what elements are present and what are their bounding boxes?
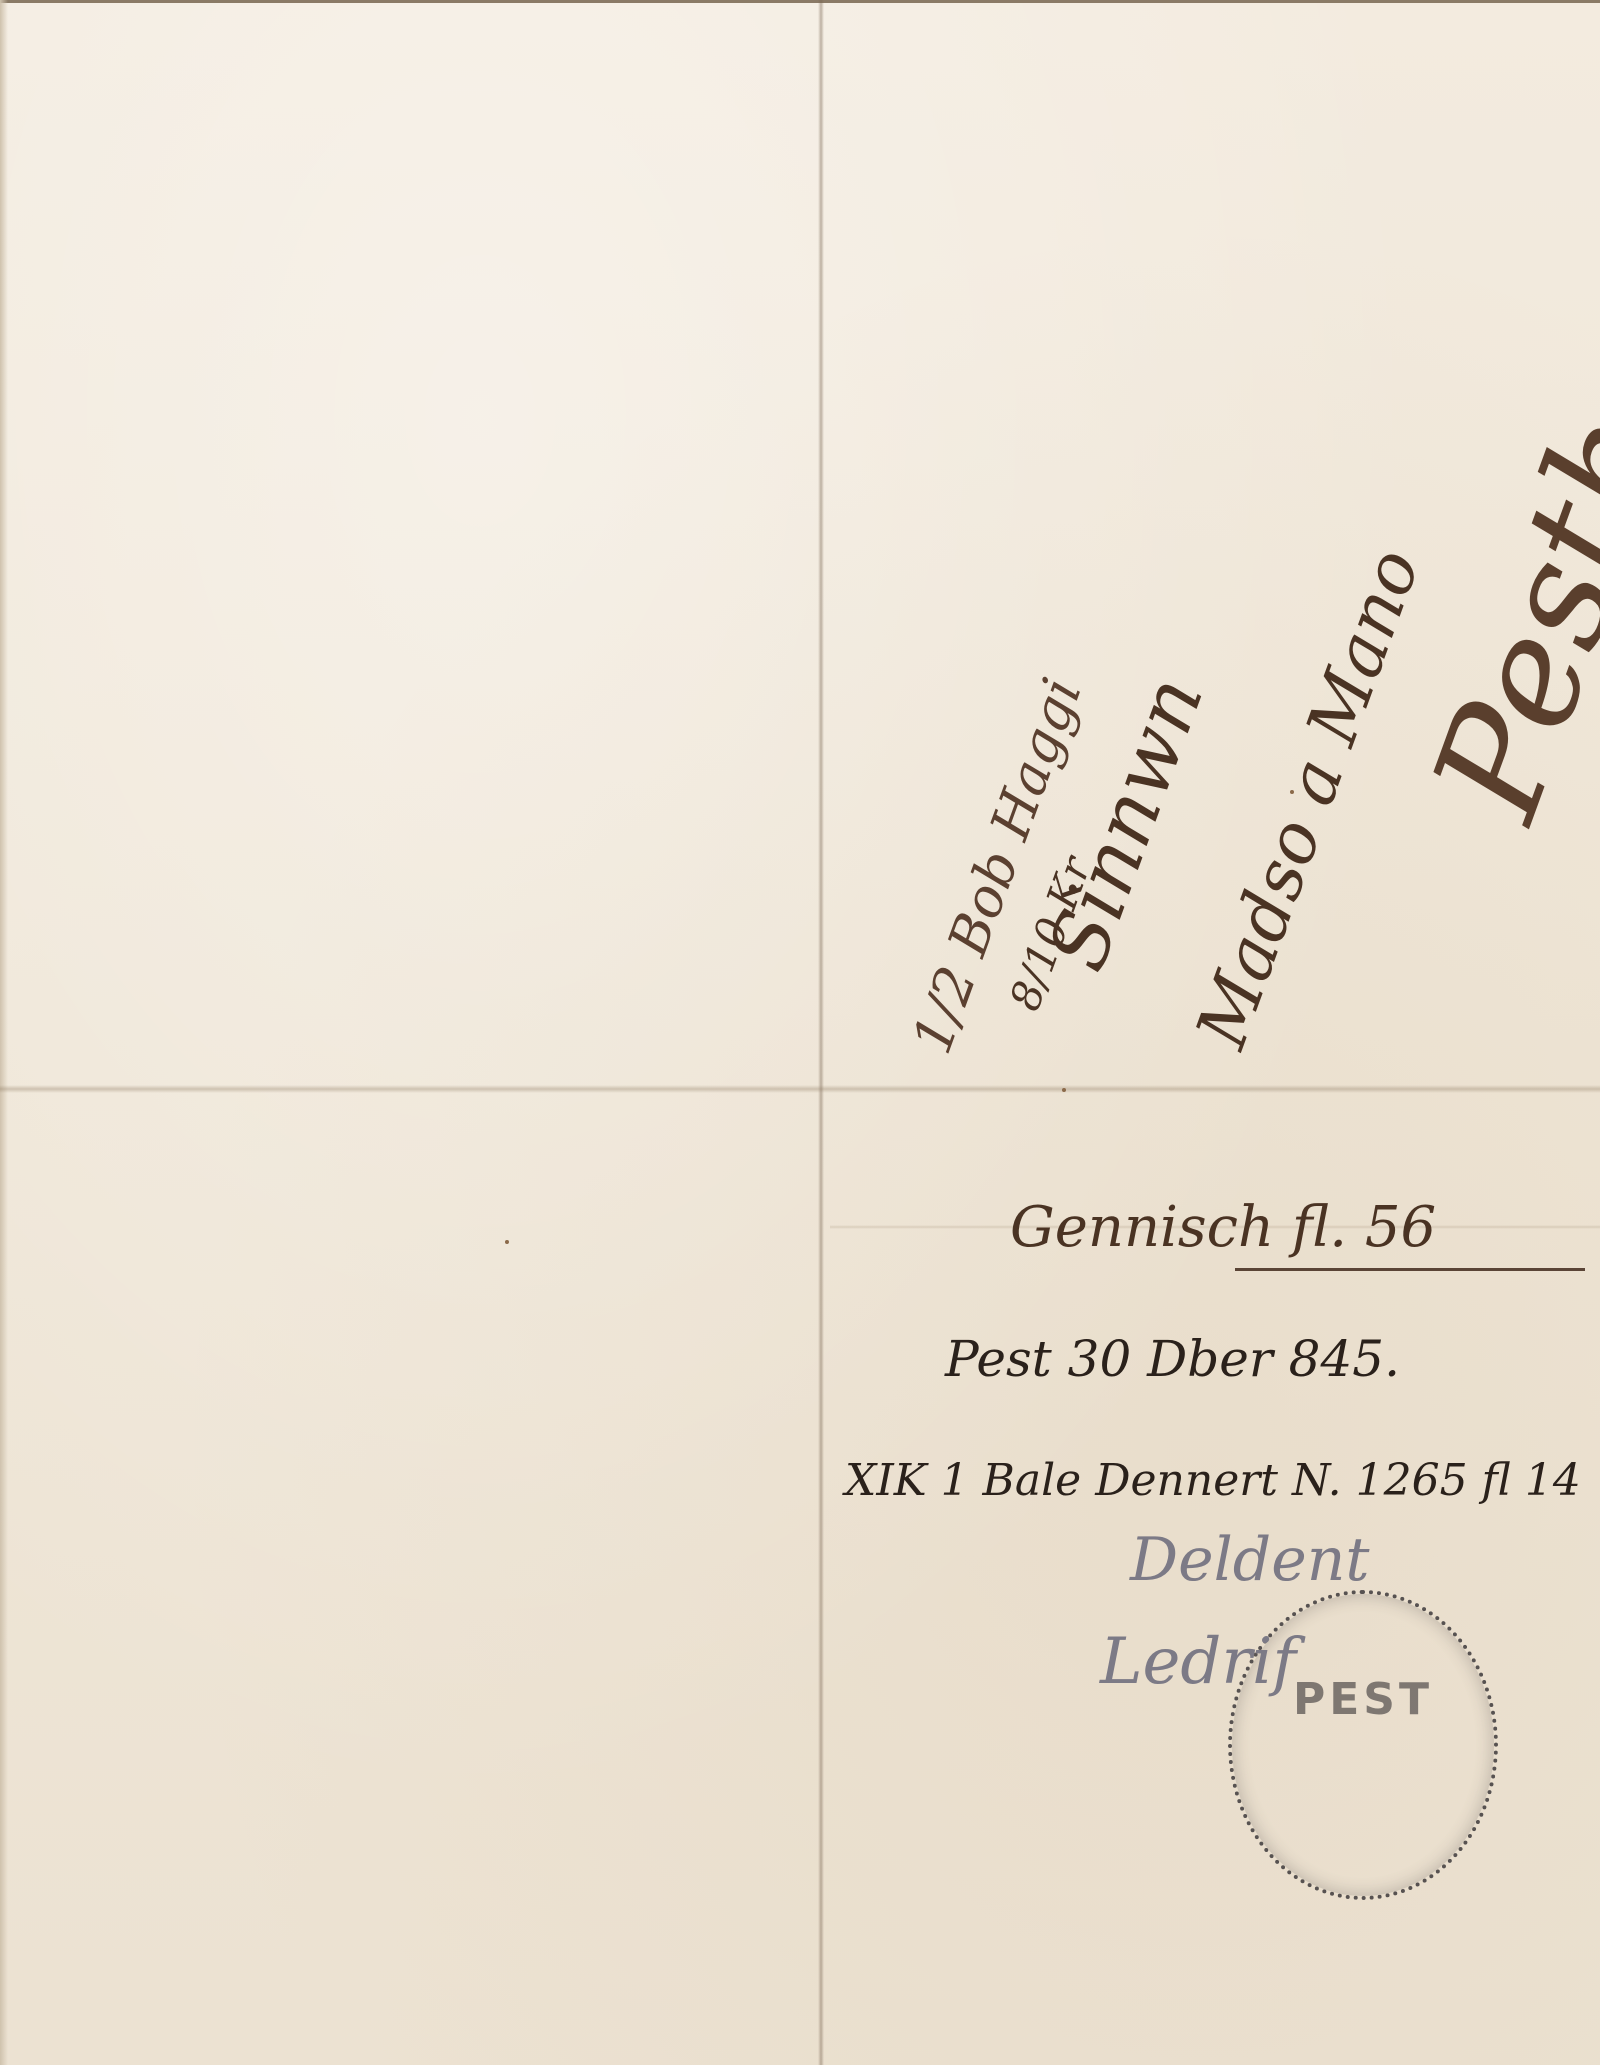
paper-edge <box>0 0 8 2065</box>
vertical-fold-line <box>818 0 824 2065</box>
pencil-signature-line-2: Ledrif <box>1100 1625 1296 1699</box>
pencil-signature-line-1: Deldent <box>1130 1525 1369 1595</box>
paper-speck <box>1290 790 1294 794</box>
note-line-1: Gennisch fl. 56 <box>1010 1195 1436 1260</box>
paper-speck <box>1062 1088 1066 1092</box>
note-date-line: Pest 30 Dber 845. <box>945 1330 1400 1388</box>
paper-speck <box>505 1240 509 1244</box>
horizontal-fold-line <box>0 1085 1600 1093</box>
note-line-3: XIK 1 Bale Dennert N. 1265 fl 14 <box>845 1455 1581 1506</box>
underline-rule <box>1235 1268 1585 1271</box>
